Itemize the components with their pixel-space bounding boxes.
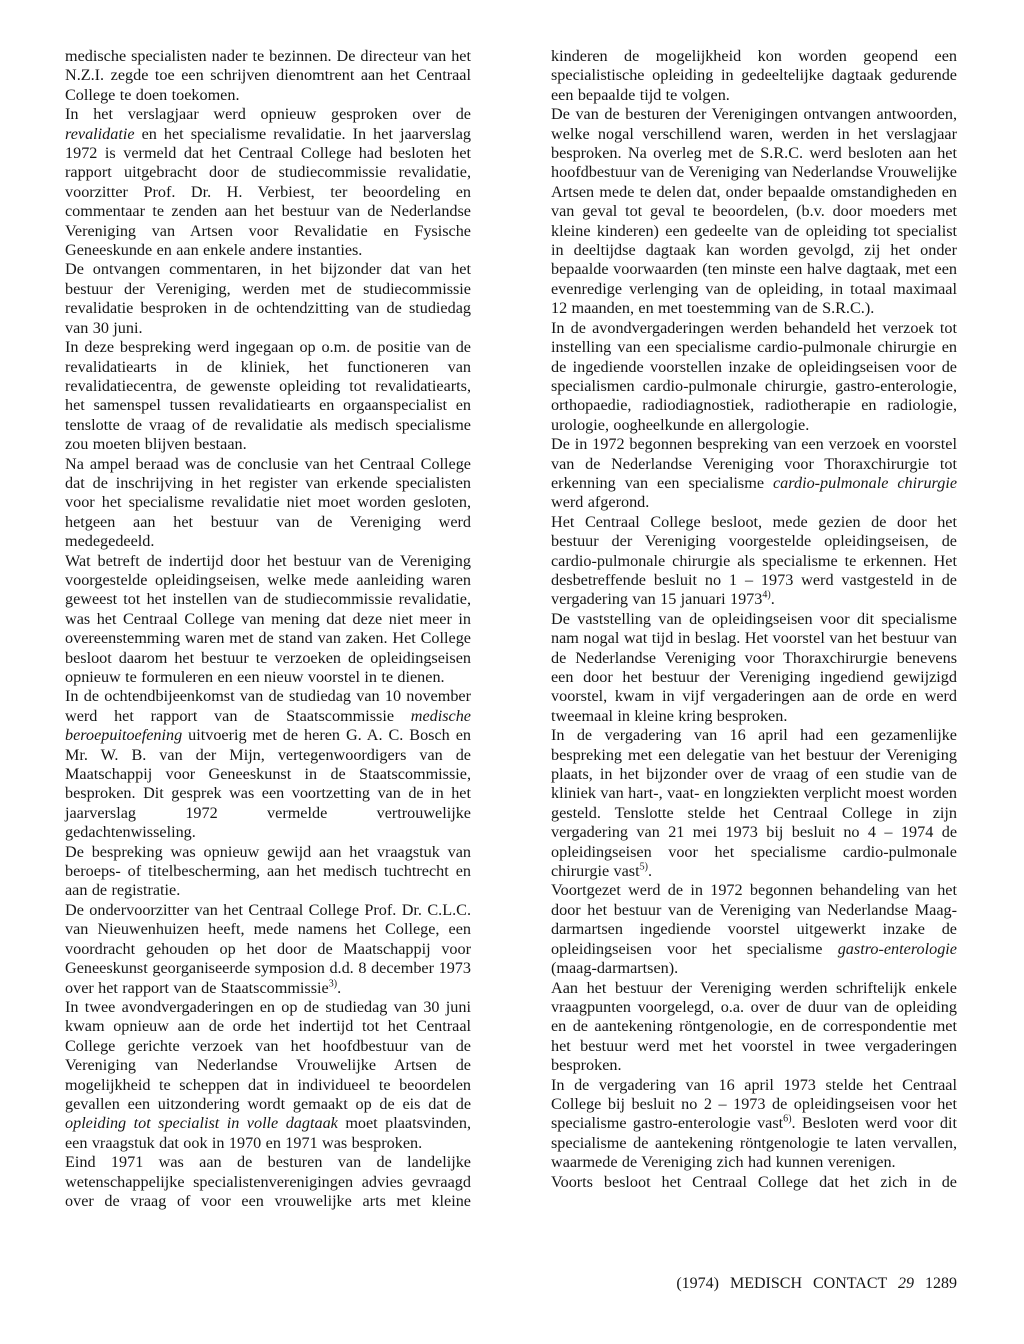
text-segment: en het specialisme revalidatie. In het j… xyxy=(65,125,471,259)
page-footer: (1974) MEDISCH CONTACT 29 1289 xyxy=(551,1274,957,1293)
paragraph: De vaststelling van de opleidingseisen v… xyxy=(551,610,957,726)
text-segment: werd afgerond. xyxy=(551,493,649,511)
paragraph: De in 1972 begonnen bespreking van een v… xyxy=(551,435,957,513)
footnote-ref: 4) xyxy=(762,590,770,601)
text-segment: Na ampel beraad was de conclusie van het… xyxy=(65,455,471,551)
text-segment: Aan het bestuur der Vereniging werden sc… xyxy=(551,979,957,1075)
paragraph: De ondervoorzitter van het Centraal Coll… xyxy=(65,901,471,998)
paragraph: In twee avondvergaderingen en op de stud… xyxy=(65,998,471,1153)
text-segment: . xyxy=(648,862,652,880)
paragraph: Aan het bestuur der Vereniging werden sc… xyxy=(551,979,957,1076)
text-segment: De ontvangen commentaren, in het bijzond… xyxy=(65,260,471,336)
text-segment: 29 xyxy=(898,1275,914,1292)
text-segment: cardio-pulmonale chirurgie xyxy=(773,474,957,492)
paragraph: In de avondvergaderingen werden behandel… xyxy=(551,319,957,435)
text-segment: . xyxy=(337,979,341,997)
paragraph: In het verslagjaar werd opnieuw gesproke… xyxy=(65,105,471,260)
text-segment: medische specialisten nader te bezinnen.… xyxy=(65,47,471,104)
text-segment: De van de besturen der Verenigingen ontv… xyxy=(551,105,957,317)
paragraph: In de ochtendbijeenkomst van de studieda… xyxy=(65,687,471,842)
text-segment: In de avondvergaderingen werden behandel… xyxy=(551,319,957,434)
text-column-left: medische specialisten nader te bezinnen.… xyxy=(65,47,471,1211)
text-segment: . xyxy=(771,590,775,608)
text-segment: De ondervoorzitter van het Centraal Coll… xyxy=(65,901,471,997)
paragraph: Het Centraal College besloot, mede gezie… xyxy=(551,513,957,610)
text-segment: In twee avondvergaderingen en op de stud… xyxy=(65,998,471,1113)
paragraph: Voortgezet werd de in 1972 begonnen beha… xyxy=(551,881,957,978)
text-segment: opleiding tot specialist in volle dagtaa… xyxy=(65,1114,338,1132)
paragraph: In de vergadering van 16 april 1973 stel… xyxy=(551,1076,957,1173)
paragraph: Wat betreft de indertijd door het bestuu… xyxy=(65,552,471,688)
text-segment: Het Centraal College besloot, mede gezie… xyxy=(551,513,957,609)
footnote-ref: 5) xyxy=(640,862,648,873)
paragraph: In deze bespreking werd ingegaan op o.m.… xyxy=(65,338,471,454)
paragraph: De ontvangen commentaren, in het bijzond… xyxy=(65,260,471,338)
footnote-ref: 3) xyxy=(329,978,337,989)
text-segment: De bespreking was opnieuw gewijd aan het… xyxy=(65,843,471,900)
paragraph: Voorts besloot het Centraal College dat … xyxy=(551,1173,957,1192)
text-segment: In deze bespreking werd ingegaan op o.m.… xyxy=(65,338,471,453)
text-segment: De vaststelling van de opleidingseisen v… xyxy=(551,610,957,725)
text-segment: (1974) MEDISCH CONTACT xyxy=(676,1275,898,1292)
paragraph: Eind 1971 was aan de besturen van de lan… xyxy=(65,1153,471,1211)
paragraph: De van de besturen der Verenigingen ontv… xyxy=(551,105,957,318)
paragraph: kinderen de mogelijkheid kon worden geop… xyxy=(551,47,957,105)
footnote-ref: 6) xyxy=(783,1114,791,1125)
paragraph: In de vergadering van 16 april had een g… xyxy=(551,726,957,881)
text-segment: Voorts besloot het Centraal College dat … xyxy=(551,1173,957,1191)
text-segment: In de vergadering van 16 april had een g… xyxy=(551,726,957,880)
text-segment: Eind 1971 was aan de besturen van de lan… xyxy=(65,1153,471,1210)
text-segment: 1289 xyxy=(914,1275,957,1292)
paragraph: De bespreking was opnieuw gewijd aan het… xyxy=(65,843,471,901)
journal-page: medische specialisten nader te bezinnen.… xyxy=(0,0,1024,1344)
text-segment: kinderen de mogelijkheid kon worden geop… xyxy=(551,47,957,104)
text-segment: In het verslagjaar werd opnieuw gesproke… xyxy=(65,105,471,123)
text-segment: (maag-darmartsen). xyxy=(551,959,678,977)
paragraph: medische specialisten nader te bezinnen.… xyxy=(65,47,471,105)
text-segment: gastro-enterologie xyxy=(838,940,957,958)
text-segment: revalidatie xyxy=(65,125,135,143)
paragraph: Na ampel beraad was de conclusie van het… xyxy=(65,455,471,552)
text-segment: Wat betreft de indertijd door het bestuu… xyxy=(65,552,471,686)
text-column-right: kinderen de mogelijkheid kon worden geop… xyxy=(551,47,957,1192)
